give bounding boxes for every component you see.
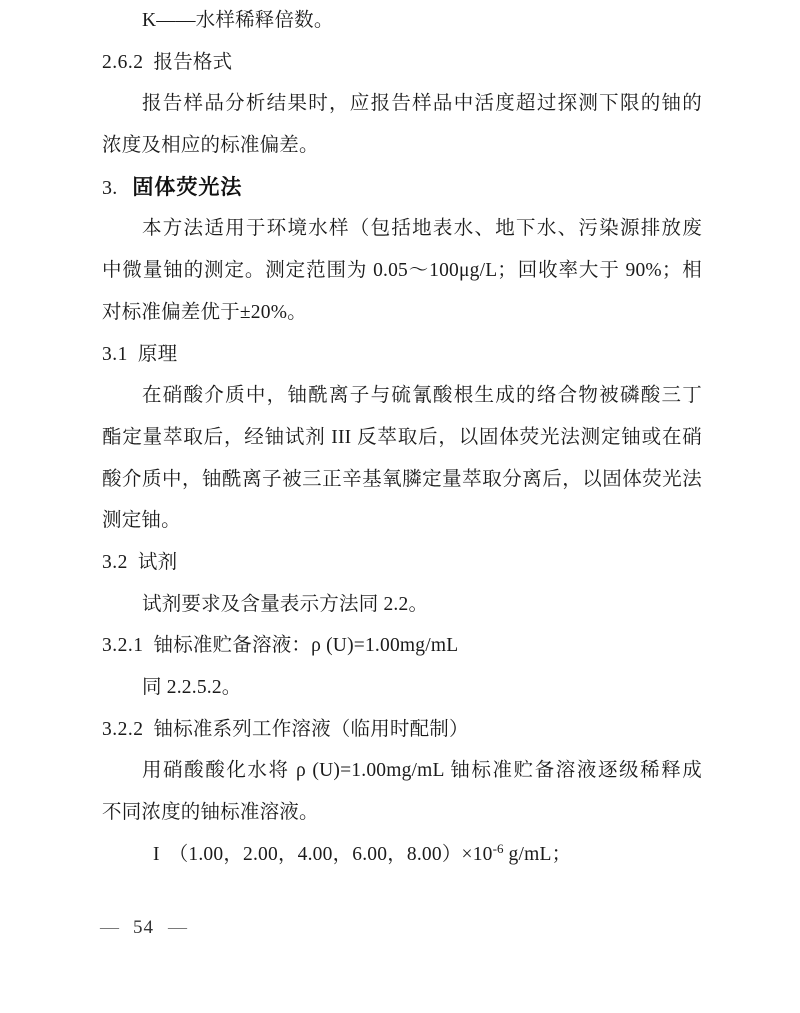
footer-dash-right: — xyxy=(168,916,187,940)
section-number: 2.6.2 xyxy=(102,52,144,73)
text-span: 用硝酸酸化水将 ρ (U)=1.00mg/mL 铀标准贮备溶液逐级稀释成 xyxy=(142,760,702,781)
section-heading-3-1: 3.1原理 xyxy=(102,334,702,376)
section-number: 3.2.2 xyxy=(102,719,144,740)
paragraph-line: 酸介质中，铀酰离子被三正辛基氧膦定量萃取分离后，以固体荧光法 xyxy=(102,459,702,501)
text-span: 测定铀。 xyxy=(102,510,181,531)
section-heading-3-2-2: 3.2.2铀标准系列工作溶液（临用时配制） xyxy=(102,709,702,751)
page-footer: — 54 — xyxy=(100,916,187,940)
section-title: 原理 xyxy=(138,344,177,365)
text-span: 不同浓度的铀标准溶液。 xyxy=(102,802,319,823)
section-heading-3-2: 3.2试剂 xyxy=(102,542,702,584)
paragraph-line: 测定铀。 xyxy=(102,500,702,542)
paragraph-line: 用硝酸酸化水将 ρ (U)=1.00mg/mL 铀标准贮备溶液逐级稀释成 xyxy=(102,750,702,792)
standard-series-item: I（1.00，2.00，4.00，6.00，8.00）×10-6 g/mL； xyxy=(102,834,702,876)
section-heading-2-6-2: 2.6.2报告格式 xyxy=(102,42,702,84)
paragraph-line: 中微量铀的测定。测定范围为 0.05～100μg/L；回收率大于 90%；相 xyxy=(102,250,702,292)
paragraph-line: 浓度及相应的标准偏差。 xyxy=(102,125,702,167)
section-number: 3.2.1 xyxy=(102,635,144,656)
text-span: 同 2.2.5.2。 xyxy=(142,677,242,698)
text-span: g/mL； xyxy=(503,844,571,865)
paragraph-line: 同 2.2.5.2。 xyxy=(102,667,702,709)
paragraph-line: 在硝酸介质中，铀酰离子与硫氰酸根生成的络合物被磷酸三丁 xyxy=(102,375,702,417)
chapter-title: 固体荧光法 xyxy=(132,176,242,199)
paragraph-line: 本方法适用于环境水样（包括地表水、地下水、污染源排放废水） xyxy=(102,208,702,250)
section-title: 铀标准系列工作溶液（临用时配制） xyxy=(154,719,469,740)
text-span: 对标准偏差优于±20%。 xyxy=(102,302,307,323)
section-number: 3.2 xyxy=(102,552,128,573)
text-span: 在硝酸介质中，铀酰离子与硫氰酸根生成的络合物被磷酸三丁 xyxy=(142,385,702,406)
footer-dash-left: — xyxy=(100,916,119,940)
roman-numeral-one: I xyxy=(153,844,160,865)
text-span: 本方法适用于环境水样（包括地表水、地下水、污染源排放废水） xyxy=(142,218,702,250)
formula-symbol-definition: K——水样稀释倍数。 xyxy=(102,0,702,42)
page-number: 54 xyxy=(133,916,154,940)
text-span: 浓度及相应的标准偏差。 xyxy=(102,135,319,156)
document-page-body: K——水样稀释倍数。2.6.2报告格式报告样品分析结果时，应报告样品中活度超过探… xyxy=(102,0,702,875)
chapter-heading-3: 3.固体荧光法 xyxy=(102,167,702,209)
paragraph-line: 酯定量萃取后，经铀试剂 III 反萃取后，以固体荧光法测定铀或在硝 xyxy=(102,417,702,459)
text-span: 酯定量萃取后，经铀试剂 III 反萃取后，以固体荧光法测定铀或在硝 xyxy=(102,427,702,448)
paragraph-line: 对标准偏差优于±20%。 xyxy=(102,292,702,334)
section-title: 铀标准贮备溶液：ρ (U)=1.00mg/mL xyxy=(154,635,459,656)
text-span: 试剂要求及含量表示方法同 2.2。 xyxy=(142,594,428,615)
paragraph-line: 试剂要求及含量表示方法同 2.2。 xyxy=(102,584,702,626)
text-span: 报告样品分析结果时，应报告样品中活度超过探测下限的铀的 xyxy=(142,93,702,114)
section-heading-3-2-1: 3.2.1铀标准贮备溶液：ρ (U)=1.00mg/mL xyxy=(102,625,702,667)
superscript-exponent: -6 xyxy=(493,841,504,856)
text-span: K——水样稀释倍数。 xyxy=(142,10,334,31)
section-title: 报告格式 xyxy=(154,52,233,73)
text-span: （1.00，2.00，4.00，6.00，8.00）×10 xyxy=(169,844,493,865)
section-number: 3.1 xyxy=(102,344,128,365)
section-title: 试剂 xyxy=(138,552,177,573)
text-span: 酸介质中，铀酰离子被三正辛基氧膦定量萃取分离后，以固体荧光法 xyxy=(102,469,702,490)
text-span: 中微量铀的测定。测定范围为 0.05～100μg/L；回收率大于 90%；相 xyxy=(102,260,702,281)
chapter-number: 3. xyxy=(102,177,117,199)
paragraph-line: 报告样品分析结果时，应报告样品中活度超过探测下限的铀的 xyxy=(102,83,702,125)
paragraph-line: 不同浓度的铀标准溶液。 xyxy=(102,792,702,834)
